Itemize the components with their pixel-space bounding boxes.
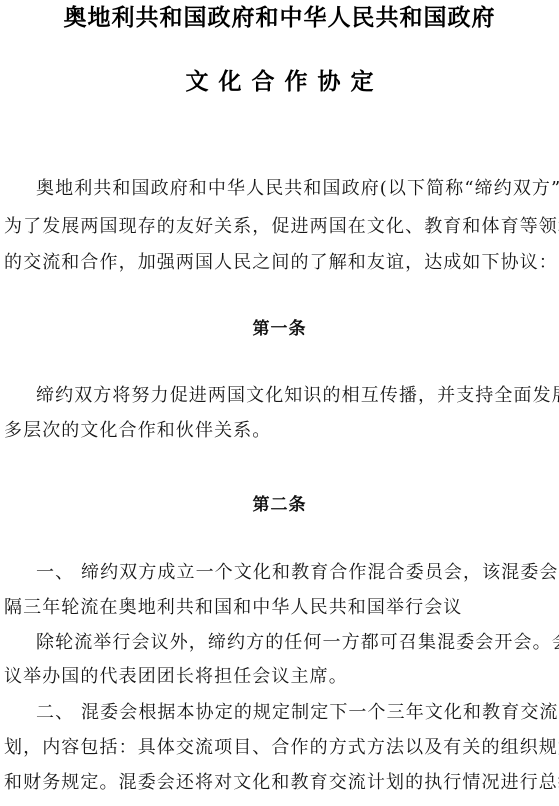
article-2-line-2: 隔三年轮流在奥地利共和国和中华人民共和国举行会议: [4, 597, 552, 619]
article-2-heading: 第二条: [0, 494, 559, 516]
article-2-line-6: 划，内容包括：具体交流项目、合作的方式方法以及有关的组织规定: [4, 737, 552, 759]
article-1-line-2: 多层次的文化合作和伙伴关系。: [4, 420, 552, 442]
article-1-line-1: 缔约双方将努力促进两国文化知识的相互传播，并支持全面发展: [36, 385, 552, 407]
preamble-line-2: 为了发展两国现存的友好关系，促进两国在文化、教育和体育等领域: [4, 216, 552, 238]
article-1-heading: 第一条: [0, 318, 559, 340]
preamble-line-3: 的交流和合作，加强两国人民之间的了解和友谊，达成如下协议：: [4, 252, 552, 274]
document-subtitle: 文化合作协定: [0, 68, 559, 96]
article-2-line-4: 议举办国的代表团团长将担任会议主席。: [4, 666, 552, 688]
document-page: 奥地利共和国政府和中华人民共和国政府 文化合作协定 奥地利共和国政府和中华人民共…: [0, 0, 559, 806]
article-2-line-7: 和财务规定。混委会还将对文化和教育交流计划的执行情况进行总结: [4, 772, 552, 794]
article-2-line-3: 除轮流举行会议外，缔约方的任何一方都可召集混委会开会。会: [36, 632, 552, 654]
article-2-line-5: 二、 混委会根据本协定的规定制定下一个三年文化和教育交流计: [36, 702, 552, 724]
preamble-line-1: 奥地利共和国政府和中华人民共和国政府(以下简称“缔约双方”): [36, 178, 552, 200]
article-2-line-1: 一、 缔约双方成立一个文化和教育合作混合委员会，该混委会每: [36, 562, 552, 584]
document-title: 奥地利共和国政府和中华人民共和国政府: [0, 4, 559, 32]
